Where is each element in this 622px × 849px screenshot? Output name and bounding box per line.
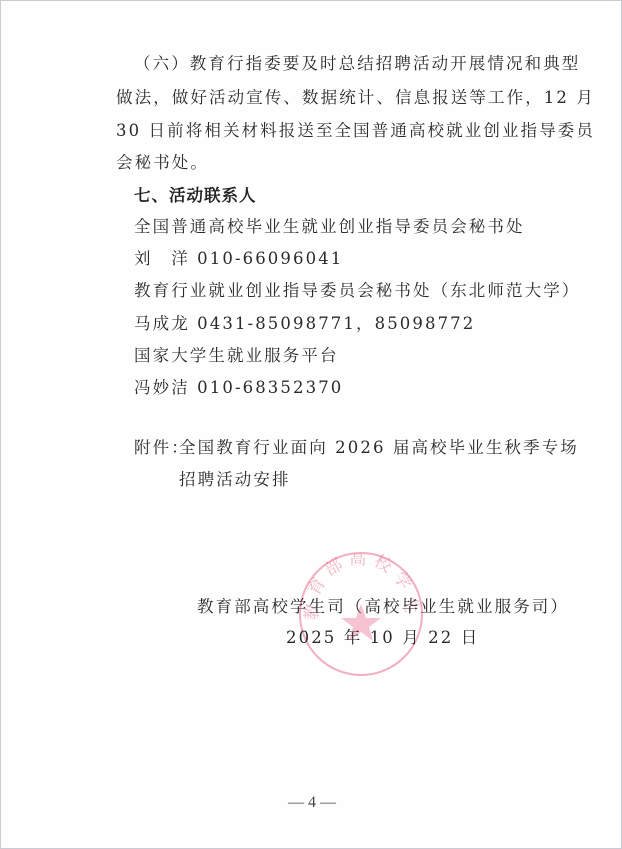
paragraph-6-line-4: 会秘书处。 xyxy=(116,153,209,173)
section-7-heading: 七、活动联系人 xyxy=(134,186,257,206)
page-number: — 4 — xyxy=(1,794,622,812)
paragraph-6-line-3: 30 日前将相关材料报送至全国普通高校就业创业指导委员 xyxy=(116,121,595,141)
issue-date: 2025 年 10 月 22 日 xyxy=(286,628,479,648)
contact-person-3: 冯妙洁 010-68352370 xyxy=(134,378,343,398)
document-page: （六）教育行指委要及时总结招聘活动开展情况和典型 做法，做好活动宣传、数据统计、… xyxy=(0,0,622,849)
attachment-line-2: 招聘活动安排 xyxy=(179,470,291,490)
contact-org-3: 国家大学生就业服务平台 xyxy=(134,346,339,366)
paragraph-6-line-2: 做法，做好活动宣传、数据统计、信息报送等工作，12 月 xyxy=(116,88,595,108)
contact-person-1: 刘 洋 010-66096041 xyxy=(134,249,343,269)
contact-org-2: 教育行业就业创业指导委员会秘书处（东北师范大学） xyxy=(134,281,580,301)
contact-org-1: 全国普通高校毕业生就业创业指导委员会秘书处 xyxy=(134,217,525,237)
issuer-name: 教育部高校学生司（高校毕业生就业服务司） xyxy=(197,597,569,617)
attachment-line-1: 全国教育行业面向 2026 届高校毕业生秋季专场 xyxy=(179,438,579,458)
contact-person-2: 马成龙 0431-85098771，85098772 xyxy=(134,314,475,334)
paragraph-6-line-1: （六）教育行指委要及时总结招聘活动开展情况和典型 xyxy=(134,54,580,74)
